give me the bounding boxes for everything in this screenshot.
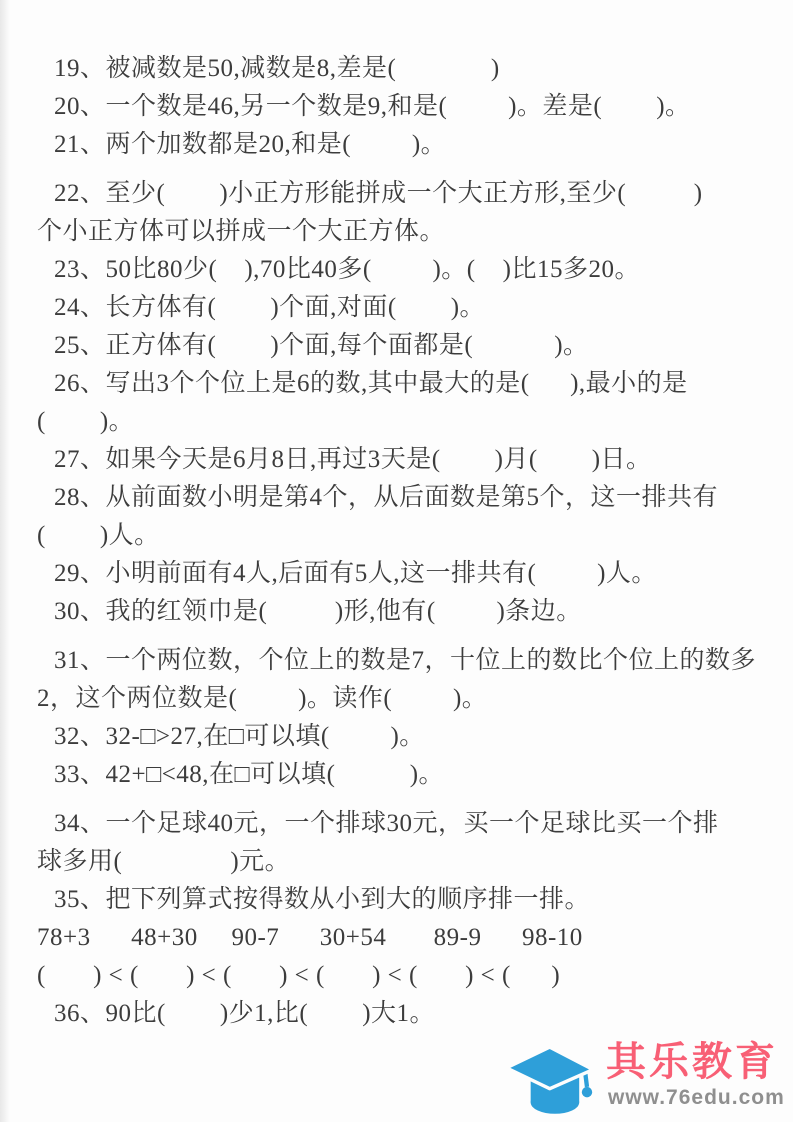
worksheet-line: 36、90比( )少1,比( )大1。 <box>0 995 793 1033</box>
worksheet-line: 24、长方体有( )个面,对面( )。 <box>0 289 793 327</box>
worksheet-line: 个小正方体可以拼成一个大正方体。 <box>0 213 793 251</box>
worksheet-line: 33、42+□<48,在□可以填( )。 <box>0 756 793 794</box>
graduation-cap-icon <box>496 1036 600 1122</box>
worksheet-line: 26、写出3个个位上是6的数,其中最大的是( ),最小的是 <box>0 365 793 403</box>
worksheet-line: 23、50比80少( ),70比40多( )。( )比15多20。 <box>0 251 793 289</box>
worksheet-line: 35、把下列算式按得数从小到大的顺序排一排。 <box>0 881 793 919</box>
worksheet-line: 28、从前面数小明是第4个，从后面数是第5个，这一排共有 <box>0 479 793 517</box>
worksheet-lines: 19、被减数是50,减数是8,差是( )20、一个数是46,另一个数是9,和是(… <box>0 50 793 1033</box>
worksheet-line: 78+3 48+30 90-7 30+54 89-9 98-10 <box>0 919 793 957</box>
worksheet-line: 32、32-□>27,在□可以填( )。 <box>0 718 793 756</box>
logo-text: 其乐教育 www.76edu.com <box>606 1042 785 1110</box>
worksheet-line: ( ) < ( ) < ( ) < ( ) < ( ) < ( ) <box>0 957 793 995</box>
worksheet-line: 31、一个两位数，个位上的数是7，十位上的数比个位上的数多 <box>0 642 793 680</box>
worksheet-line: ( )。 <box>0 403 793 441</box>
site-logo: 其乐教育 www.76edu.com <box>496 1032 785 1122</box>
brand-name: 其乐教育 <box>606 1042 785 1082</box>
worksheet-line: 29、小明前面有4人,后面有5人,这一排共有( )人。 <box>0 555 793 593</box>
worksheet-line: 2，这个两位数是( )。读作( )。 <box>0 680 793 718</box>
worksheet-line: 34、一个足球40元，一个排球30元，买一个足球比买一个排 <box>0 805 793 843</box>
worksheet-line: 30、我的红领巾是( )形,他有( )条边。 <box>0 593 793 631</box>
worksheet-line: 22、至少( )小正方形能拼成一个大正方形,至少( ) <box>0 175 793 213</box>
site-url: www.76edu.com <box>608 1086 785 1110</box>
worksheet-line: 25、正方体有( )个面,每个面都是( )。 <box>0 327 793 365</box>
worksheet-line: 20、一个数是46,另一个数是9,和是( )。差是( )。 <box>0 88 793 126</box>
worksheet-line: 27、如果今天是6月8日,再过3天是( )月( )日。 <box>0 441 793 479</box>
worksheet-line: 球多用( )元。 <box>0 843 793 881</box>
worksheet-line: 21、两个加数都是20,和是( )。 <box>0 126 793 164</box>
worksheet-line: 19、被减数是50,减数是8,差是( ) <box>0 50 793 88</box>
worksheet-page: 19、被减数是50,减数是8,差是( )20、一个数是46,另一个数是9,和是(… <box>0 0 793 1033</box>
worksheet-line: ( )人。 <box>0 517 793 555</box>
